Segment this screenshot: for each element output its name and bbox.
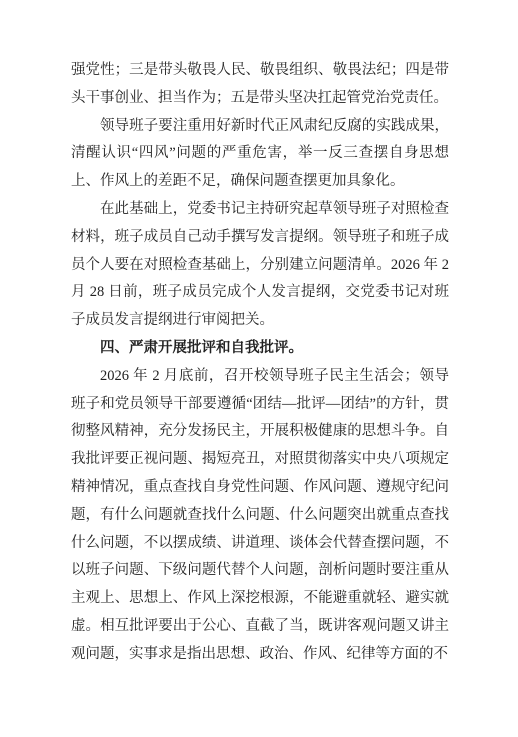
document-page: 强党性；三是带头敬畏人民、敬畏组织、敬畏法纪；四是带头干事创业、担当作为；五是带… bbox=[0, 0, 518, 737]
document-body: 强党性；三是带头敬畏人民、敬畏组织、敬畏法纪；四是带头干事创业、担当作为；五是带… bbox=[71, 57, 449, 669]
paragraph: 在此基础上，党委书记主持研究起草领导班子对照检查材料，班子成员自己动手撰写发言提… bbox=[71, 196, 449, 335]
paragraph: 领导班子要注重用好新时代正风肃纪反腐的实践成果，清醒认识“四风”问题的严重危害，… bbox=[71, 113, 449, 196]
section-heading: 四、严肃开展批评和自我批评。 bbox=[71, 335, 449, 363]
paragraph: 2026 年 2 月底前，召开校领导班子民主生活会；领导班子和党员领导干部要遵循… bbox=[71, 363, 449, 669]
paragraph-continuation: 强党性；三是带头敬畏人民、敬畏组织、敬畏法纪；四是带头干事创业、担当作为；五是带… bbox=[71, 57, 449, 113]
